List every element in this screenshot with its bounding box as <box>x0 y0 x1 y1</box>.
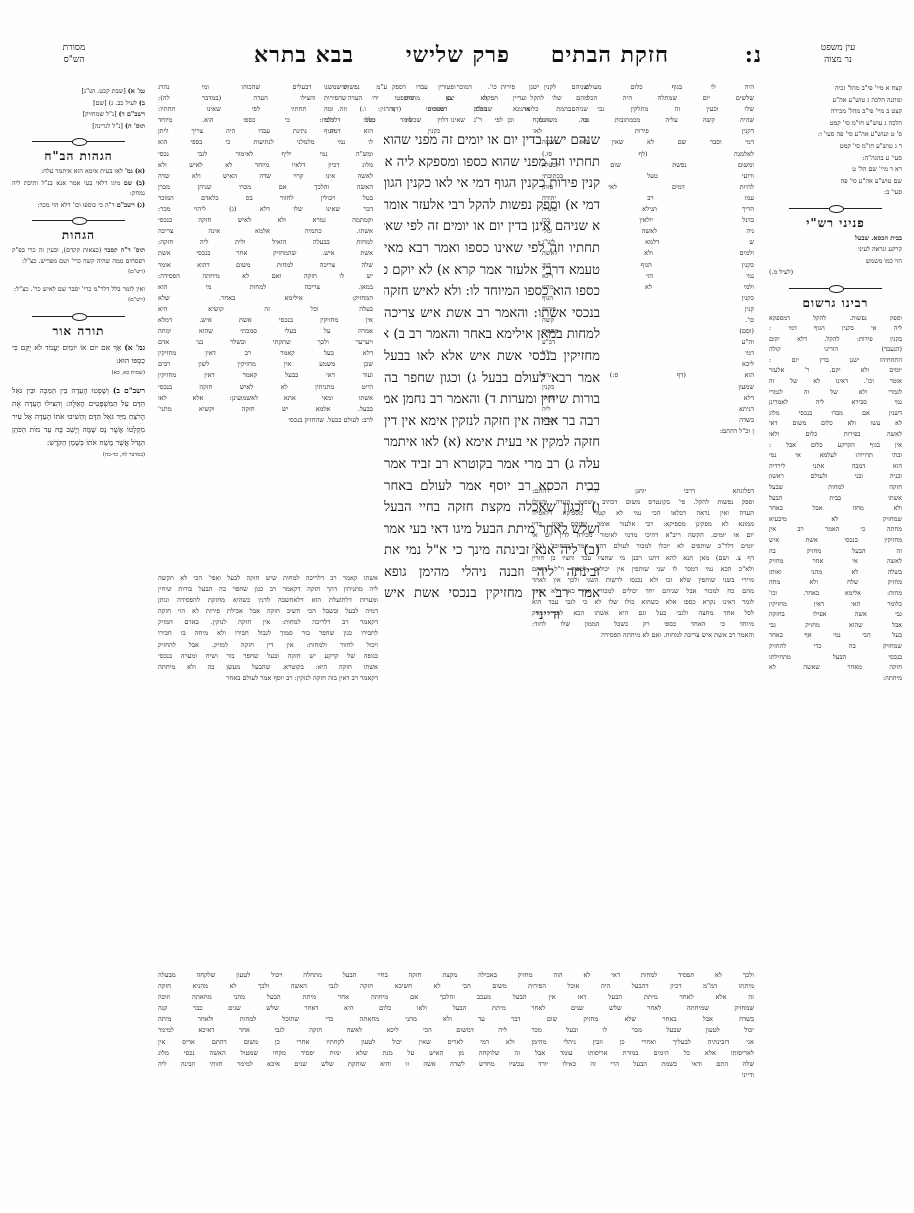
gemara-line: תחתיו וזה מפני שהוא כספו ומספקא ליה אי <box>384 152 600 174</box>
rashbam-line: דלא בעל קאמר רב דאין מחזיקין <box>158 348 373 359</box>
torah-or-entry: גמ' א) אַךְ אִם יוֹם אוֹ יוֹמַיִם יַעֲמֹ… <box>12 341 145 367</box>
tractate-name: בבא בתרא <box>254 42 354 68</box>
rashbam-line: שלה צריכה למחות משום דהוא אומר <box>158 260 373 271</box>
rabbeinu-gershom-line: בעל הכי נמי אף באחר <box>769 630 902 641</box>
rabbeinu-gershom-line: מחזיקין בנכסי אשת איש <box>769 535 902 546</box>
ornament-divider <box>12 312 145 320</box>
tosafot-line: דף צ. ושם) מאן תנא להא דתנו רבנן מי שחצי… <box>532 553 754 564</box>
rabbeinu-gershom-line: וספק נפשות. להקל דמספקא <box>769 313 902 324</box>
commentary-line: ודייני <box>158 1070 754 1081</box>
rabbeinu-gershom-line: לאשה בפירות כלום ולאו <box>769 429 902 440</box>
rabbeinu-gershom-line: הוא דמבה אתני לירדיה <box>769 461 902 472</box>
rashbam-line: אשתו ומאי אתא לאשמועינן: אלא לאו <box>158 393 373 404</box>
commentary-line: זה אלא לאחר מיתת הבעל דאז אין הבעל מעכב … <box>158 992 754 1003</box>
commentary-line: בשדה אבל באחר שלא מחזיק שום דבר עד ולא מ… <box>158 1014 754 1025</box>
tosafot-line: מיירי בשני שותפין שלא זכו ולא נכנסו לרשו… <box>532 575 754 586</box>
rashbam-line: למחות בבעלה הואיל ולית ליה חזקה: <box>158 237 373 248</box>
rashbam-line: ליה מתניתין דהך חזקה דקאמר רב כגון שחפר … <box>158 584 378 595</box>
habach-entry: (ג) רשב"ם ד"ה כי כוספו וכו' דלא הוי מכר: <box>12 200 145 211</box>
commentary-line: מיתתו דמ"מ דכיון דהבעל היה אוכל הפירות מ… <box>158 981 754 992</box>
rashbam: שניהם ישנן כו'. ופטורין דספק נפשות דבעלי… <box>158 82 373 426</box>
rashbam-line: בטל ויכולין לחזור בס כלאדם המוכר <box>158 193 373 204</box>
rabbeinu-gershom: רבינו גרשום וספק נפשות. להקל דמספקאליה א… <box>769 298 902 683</box>
gemara-line: תחתיו וזה לפי שאינו כספו ואמר רבא מאי <box>384 238 600 260</box>
rashbam-line: דמיה לבעל ובשבל הכי חשיב חזקה אבל אכילת … <box>158 606 378 617</box>
ein-mishpat-entry: סעי' ע בהגה"ה: <box>769 153 902 164</box>
rabbeinu-gershom-line: בשלה לא מהני ואותו <box>769 567 902 578</box>
rabbeinu-gershom-line: ליה אי בקנין הגוף דמי : <box>769 323 902 334</box>
commentary-line: יכול לטעון שבעל מכר לו ובעל מכר ליה דמשו… <box>158 1025 754 1036</box>
rabbeinu-gershom-line: כלומר האי דאין מחזיקין <box>769 599 902 610</box>
rashbam-line: ומש"ה נמי יליף לאימור לגבי נכסי <box>158 149 373 160</box>
commentary-line: אגי דזבינתיה לבעליך ואחרי כן וזבין ניהלי… <box>158 1037 754 1048</box>
hagahot-habach-title: הגהות הב"ח <box>12 151 145 162</box>
ein-mishpat-entry: הלכה ג עוש"ע חו"מ סי' קמט <box>769 118 902 129</box>
hagahot-source: (רש"ם) <box>12 295 145 306</box>
rabbeinu-gershom-line: זה הבעל מחזיק בה <box>769 546 902 557</box>
pninei-rashi-entry: קרקע ונראה לעיני <box>769 244 902 255</box>
gemara-line: עלה ג) רב מרי אמר בקוטרא רב זביד אמר <box>384 454 600 476</box>
ein-mishpat-entry: רא ד מיי' שם הל' ט <box>769 164 902 175</box>
torah-or-title: תורה אור <box>12 326 145 337</box>
rashbam-line: אשתו קאמר רב דלריכה למחות שיש חזקה לבעל … <box>158 573 378 584</box>
hagahot-entry: ואין לומר בלל דלר"מ כרי' יסבר שם לאיש כר… <box>12 284 145 295</box>
rashbam-line: ויכול לחזור ולמחות: אין דין חזקה למזיק. … <box>158 640 378 651</box>
rashbam-line: מהם להקל תפקה כן מושפטו העדה והצילו העדה… <box>158 93 588 104</box>
rashbam-line: ועוד דאי בבעל קאמר דאין מחזיקין <box>158 370 373 381</box>
pninei-rashi-entry: הוי כמו משמש <box>769 256 902 267</box>
ornament-divider <box>12 137 145 145</box>
tosafot-line: ולא"כ הכא נמי דמכר לו שני שותפין אין יכו… <box>532 564 754 575</box>
rashbam-line: אמרה על בעלי סמכתי שהוא ימחה <box>158 326 373 337</box>
rabbeinu-gershom-line: שמחזיק לא מיבעיא <box>769 514 902 525</box>
tosafot-line: לכל אחד מחצה ולגבי בעל וגם היא אשתו הכא … <box>532 608 754 619</box>
daf-number: נ: <box>745 42 762 68</box>
mesoret-entry: תוס' ה) [נ"ל לגרינה] <box>12 121 145 132</box>
rashbam-line: ויערער ולכך שתקתי ובשלר בני אדם <box>158 337 373 348</box>
gemara-line: טעמא דרבי אלעזר אמר קרא א) לא יוקם כי <box>384 260 600 282</box>
ornament-divider <box>769 284 902 292</box>
rashbam-line: וזה. הנלקח לפי שאינו שכשיו כספו מכרו: כי… <box>158 115 588 126</box>
rabbeinu-gershom-line: לאשה אי אחר מחזיק <box>769 556 902 567</box>
gemara-line: בורות שיחין ומערות ד) והאמר רב נחמן אמר <box>384 389 600 411</box>
rabbeinu-gershom-line: חזקה מאחר שאשה לא <box>769 662 902 673</box>
mesoret-entry: ב) לעיל כב. ג) [שם] <box>12 98 145 109</box>
rashbam-line: במאן. צריכה למחות מי הוא <box>158 282 373 293</box>
gemara-line: אמר רבא לעולם בבעל ג) וכגון שחפר בה <box>384 368 600 390</box>
rashbam-line: בגופה של קרקע יש חזקה ובעל שחפר בור ושיח… <box>158 651 378 662</box>
rabbeinu-gershom-line: ולא מחה אבל באחר <box>769 503 902 514</box>
rabbeinu-gershom-line: מחזיק שלח ולא מחה <box>769 577 902 588</box>
rashbam-line: אין מחזיקין בנכסי אשת איש. דמלא <box>158 315 373 326</box>
commentary-line: שמחזיק שמיחתה לאחר שלש שנים לאחר מיתת הב… <box>158 1003 754 1014</box>
rabbeinu-gershom-line: גבי אשה אפילו בחזקה <box>769 609 902 620</box>
tosafot-continuation: דפלוגתא דרבי יוחנן ור"ל דהתם:וספק נפשות … <box>532 486 754 641</box>
rashbam-line: האשה והלכך אם מכרו שניהן מכרן <box>158 182 373 193</box>
rashbam-line: בבעל. אלמא יש חזקה וקשיא מתני' <box>158 404 373 415</box>
hagahot-source: (רש"ם) <box>12 267 145 278</box>
rabbeinu-gershom-line: מיחתה: <box>769 673 902 684</box>
rabbeinu-gershom-line: חזקה למחות שבעל <box>769 482 902 493</box>
commentary-line: שלה התם ודאי כשמת הבעל הרי זה כאילו יורד… <box>158 1059 754 1070</box>
rabbeinu-gershom-line: מחוה: אלימא באחר. וכו' <box>769 588 902 599</box>
ein-mishpat-entry: ר ג טוש"ע חו"מ סי' קמט <box>769 141 902 152</box>
gemara-line: א שניהם אינן בדין יום או יומים זה לפי שא… <box>384 216 600 238</box>
torah-or-source: (שמות כא, כא) <box>12 368 145 379</box>
rashbam-line: לו נמי מלמלני לנתיעות כי כספי הוא <box>158 137 373 148</box>
gemara-line: למחות במאן אילימא באחר והאמר רב ב) אין <box>384 324 600 346</box>
torah-or-source: (במדבר לה, כד-כה) <box>12 450 145 461</box>
rashbam-line: לאשה אינו קרוי שדה האיש ולא שדה <box>158 171 373 182</box>
gemara-line: שנהם ישנן בדין יום או יומים זה מפני שהוא <box>384 130 600 152</box>
ein-mishpat: קצח א מיי' פי"ב מהל' זכיה ומתנה הלכה ג ט… <box>769 83 902 198</box>
mesoret-entry: גמ' א) [שבת קכט. וש"נ] <box>12 86 145 97</box>
rabbeinu-gershom-line: לא עשו ולא כלום משום דאי <box>769 418 902 429</box>
pninei-rashi: פניני רש"י בבית הכסא. שבעל קרקע ונראה לע… <box>769 218 902 278</box>
rashbam-line: לחבירו כגון שחפר בור סמוך לגבול חבירו ול… <box>158 628 378 639</box>
rabbeinu-gershom-line: בנכסי הבעל מתחילתו <box>769 652 902 663</box>
rashbam-line: שכן משמע אין מחזיקין לשון רבים <box>158 359 373 370</box>
ein-mishpat-entry: סעי' ב: <box>769 187 902 198</box>
right-margin: קצח א מיי' פי"ב מהל' זכיה ומתנה הלכה ג ט… <box>769 83 902 683</box>
torah-or-entry: רשב"ם ב) וְשָׁפְטוּ הָעֵדָה בֵּין הַמַּכ… <box>12 384 145 449</box>
tosafot-line: מהם כח למכור אבל שניהם יחד יכולים למכור … <box>532 586 754 597</box>
rashbam-line: דקאמר רב דלריכה למחות: אין חזקה לנזקין. … <box>158 617 378 628</box>
rabbeinu-gershom-line: אומר וכו'. דאינו לא של זה <box>769 376 902 387</box>
chapter-number: פרק שלישי <box>406 42 510 68</box>
pninei-rashi-entry: בבית הכסא. שבעל <box>769 233 902 244</box>
pninei-rashi-title: פניני רש"י <box>769 218 902 229</box>
hagahot-entry: תוס' ד"ה קסבר (כצאות קקדם), ובעין זה כרי… <box>12 245 145 266</box>
hagahot-title: הגהות <box>12 230 145 241</box>
ein-mishpat-entry: ס' ט ועוש"ע אה"ע סי' פה סעי' ו: <box>769 129 902 140</box>
page-header: עין משפט נר מצוה נ: חזקת הבתים פרק שלישי… <box>0 42 914 78</box>
rashbam-line: המחזיק: אילימא באחר. שלא <box>158 293 373 304</box>
tosafot-line: לומר דאינו נקרא כספו אלא כשהוא כולו שלו … <box>532 597 754 608</box>
ein-mishpat-entry: ומתנה הלכה ג טוש"ע אה"ע <box>769 95 902 106</box>
left-margin: גמ' א) [שבת קכט. וש"נ] ב) לעיל כב. ג) [ש… <box>12 83 145 467</box>
rashbam-line: הייט מתניתין לא לאיש חזקה בנכסי <box>158 382 373 393</box>
tosafot-line: והאמר רב אשת איש צריכה למחות. ואם לא מיח… <box>532 630 754 641</box>
rabbeinu-gershom-line: התחתיהו ישנן בדין יום : <box>769 355 902 366</box>
rabbeinu-gershom-line: אין בגוף הקרקע כלום אבל : <box>769 440 902 451</box>
pninei-rashi-entry: (לעיל מ.) <box>769 267 902 278</box>
gemara-line: מחזיקין בנכסי אשת איש אלא לאו בבעל <box>384 346 600 368</box>
gemara-line: דמי א) וספק נפשות להקל רבי אלעזר אומר <box>384 195 600 217</box>
rabbeinu-gershom-line: ובניה ובני ולעולם ראשון <box>769 471 902 482</box>
gemara-line: חזקה למקין אי בעית אימא (א) לאו איתמר <box>384 432 600 454</box>
gemara-line: קנין פירות כקנין הגוף דמי אי לאו כקנין ה… <box>384 173 600 195</box>
hagahot: הגהות תוס' ד"ה קסבר (כצאות קקדם), ובעין … <box>12 230 145 306</box>
rabbeinu-gershom-line: אשתו בבית הבעל <box>769 493 902 504</box>
rashbam-line: מלוג דכיון דלאיו מיוחד לא לאיש ולא <box>158 160 373 171</box>
rashbam-text: שניהם ישנן כו'. ופטורין דספק נפשות דבעלי… <box>158 82 373 426</box>
rabbeinu-gershom-line: דשנין אם מבדו בנכסי מלוג <box>769 408 902 419</box>
mesoret-hashas: גמ' א) [שבת קכט. וש"נ] ב) לעיל כב. ג) [ש… <box>12 86 145 131</box>
commentary-line: ולכך לא תפסיד למחות דאי לא הוה מחזיק באכ… <box>158 970 754 981</box>
rashbam-line: הוא דמה נתינת עבדו היה צריך ליתן <box>158 126 373 137</box>
tosafot-line: וספק נפשות להקל. פי' בקונטרס משום דכתיב … <box>532 497 754 508</box>
rashbam-line: אשתו. כתמיה אלמא אינה צריכה <box>158 226 373 237</box>
gemara-line: רבה בר אבוה אין חזקה לנזקין אימא אין דין <box>384 411 600 433</box>
gemara-line: בנכסי אשתו: והאמר רב אשת איש צריכה <box>384 303 600 325</box>
mesoret-entry: רשב"ם ד) [נ"ל שמחזיק] <box>12 109 145 120</box>
ein-mishpat-label: עין משפט נר מצוה <box>808 42 868 66</box>
rashbam-line: ומערות דלתועלת הוא דלאחשבה לדנין כשהיא מ… <box>158 595 378 606</box>
commentary-bottom: ולכך לא תפסיד למחות דאי לא הוה מחזיק באכ… <box>158 970 754 1081</box>
rashbam-line: שניהם. כלומר שניהם שהכוהו נהרגין: וזה. ת… <box>158 104 588 115</box>
ein-mishpat-entry: שם טוש"ע אה"ע סי' פה <box>769 176 902 187</box>
ornament-divider <box>12 216 145 224</box>
ornament-divider <box>769 204 902 212</box>
rabbeinu-gershom-line: נמי סבירא ליה לאמרינן <box>769 397 902 408</box>
rabbeinu-gershom-line: (הנעבד) הורינו קולה <box>769 344 902 355</box>
rabbeinu-gershom-text: וספק נפשות. להקל דמספקאליה אי בקנין הגוף… <box>769 313 902 684</box>
rabbeinu-gershom-line: יומים ולא יקם. ר' אלעזר <box>769 365 902 376</box>
tosafot-line: דפלוגתא דרבי יוחנן ור"ל דהתם: <box>532 486 754 497</box>
ein-mishpat-entry: קצט ב מיי' פי"ב מהל' מכירה <box>769 106 902 117</box>
rashbam-line: אשת איש. שהמחזיק אחר בנכסי אשת <box>158 248 373 259</box>
tosafot-line: יומים דלר"כ שותפים לא יוכלו למכור לעולם … <box>532 541 754 552</box>
tosafot-line: מיוחד כי האחד כספו רק כשכל הממון שלו לחו… <box>532 619 754 630</box>
ein-mishpat-entry: קצח א מיי' פי"ב מהל' זכיה <box>769 83 902 94</box>
rashbam-line: דבר שאינו שלו דלא (ג) ליהוי מכר: <box>158 204 373 215</box>
rashbam-line: לרב: לעולם בבעל. שהחזיק בנכסי <box>158 415 373 426</box>
rashbam-line: אשתו חזקה היא: בקוטרא. שהבעל מעשן בה ולא… <box>158 662 378 673</box>
commentary-line: לאריסותו אלא כל הימים במורת אריסותו עומד… <box>158 1048 754 1059</box>
rabbeinu-gershom-title: רבינו גרשום <box>769 298 902 309</box>
rashbam-line: שניהם ישנן כו'. ופטורין דספק נפשות דבעלי… <box>158 82 588 93</box>
torah-or: תורה אור גמ' א) אַךְ אִם יוֹם אוֹ יוֹמַי… <box>12 326 145 461</box>
rashbam-line: יש לו חזקה ואם לא מיחתה הפסידה: <box>158 271 373 282</box>
rashbam-line: דקאמר רב דאין בזה חזקה לנזקין: רב יוסף א… <box>158 673 378 684</box>
rashbam-line: בעלה וכל זה קושיא היא <box>158 304 373 315</box>
chapter-name: חזקת הבתים <box>551 42 669 68</box>
tosafot-line: ממונא לא מפקינן מספיקא: רבי אלעזר אומר ש… <box>532 519 754 530</box>
rabbeinu-gershom-line: בקנין פירות: להקל. דלא יקום <box>769 334 902 345</box>
rabbeinu-gershom-line: לגמרי ולא של זה לגמרי <box>769 387 902 398</box>
rabbeinu-gershom-line: ובתי תרוייהו לעלמא אי נמי <box>769 450 902 461</box>
rashbam-continuation: אשתו קאמר רב דלריכה למחות שיש חזקה לבעל … <box>158 573 378 684</box>
rashbam-line: וקמתמה גמרא ולא לאיש חזקה בנכסי <box>158 215 373 226</box>
gemara-line: כספו הוא כספו המיוחד לו: ולא לאיש חזקה <box>384 281 600 303</box>
hagahot-habach: הגהות הב"ח (א) גמ' לאו בעית אימא הוא אית… <box>12 151 145 210</box>
rabbeinu-gershom-line: מחתה כי האמר רב אין <box>769 524 902 535</box>
habach-entry: (א) גמ' לאו בעית אימא הוא איתמר עלה: <box>12 166 145 177</box>
rabbeinu-gershom-line: אבל שהוא מחזיק גבי <box>769 620 902 631</box>
mesoret-hashas-label: מסורת הש"ס <box>44 42 104 66</box>
rabbeinu-gershom-line: שמחזיק בה כדי להחזיק <box>769 641 902 652</box>
tosafot-line: העדה ואין נראה דבלאו הכי נמי לא קטלי מספ… <box>532 508 754 519</box>
tosafot-line: יום או יומים. הקשה ריב"א דהיכי מדמי לאימ… <box>532 530 754 541</box>
habach-entry: (ב) שם מיגו דלאי בעי אמר אנא בנ"ל ותיבת … <box>12 178 145 199</box>
